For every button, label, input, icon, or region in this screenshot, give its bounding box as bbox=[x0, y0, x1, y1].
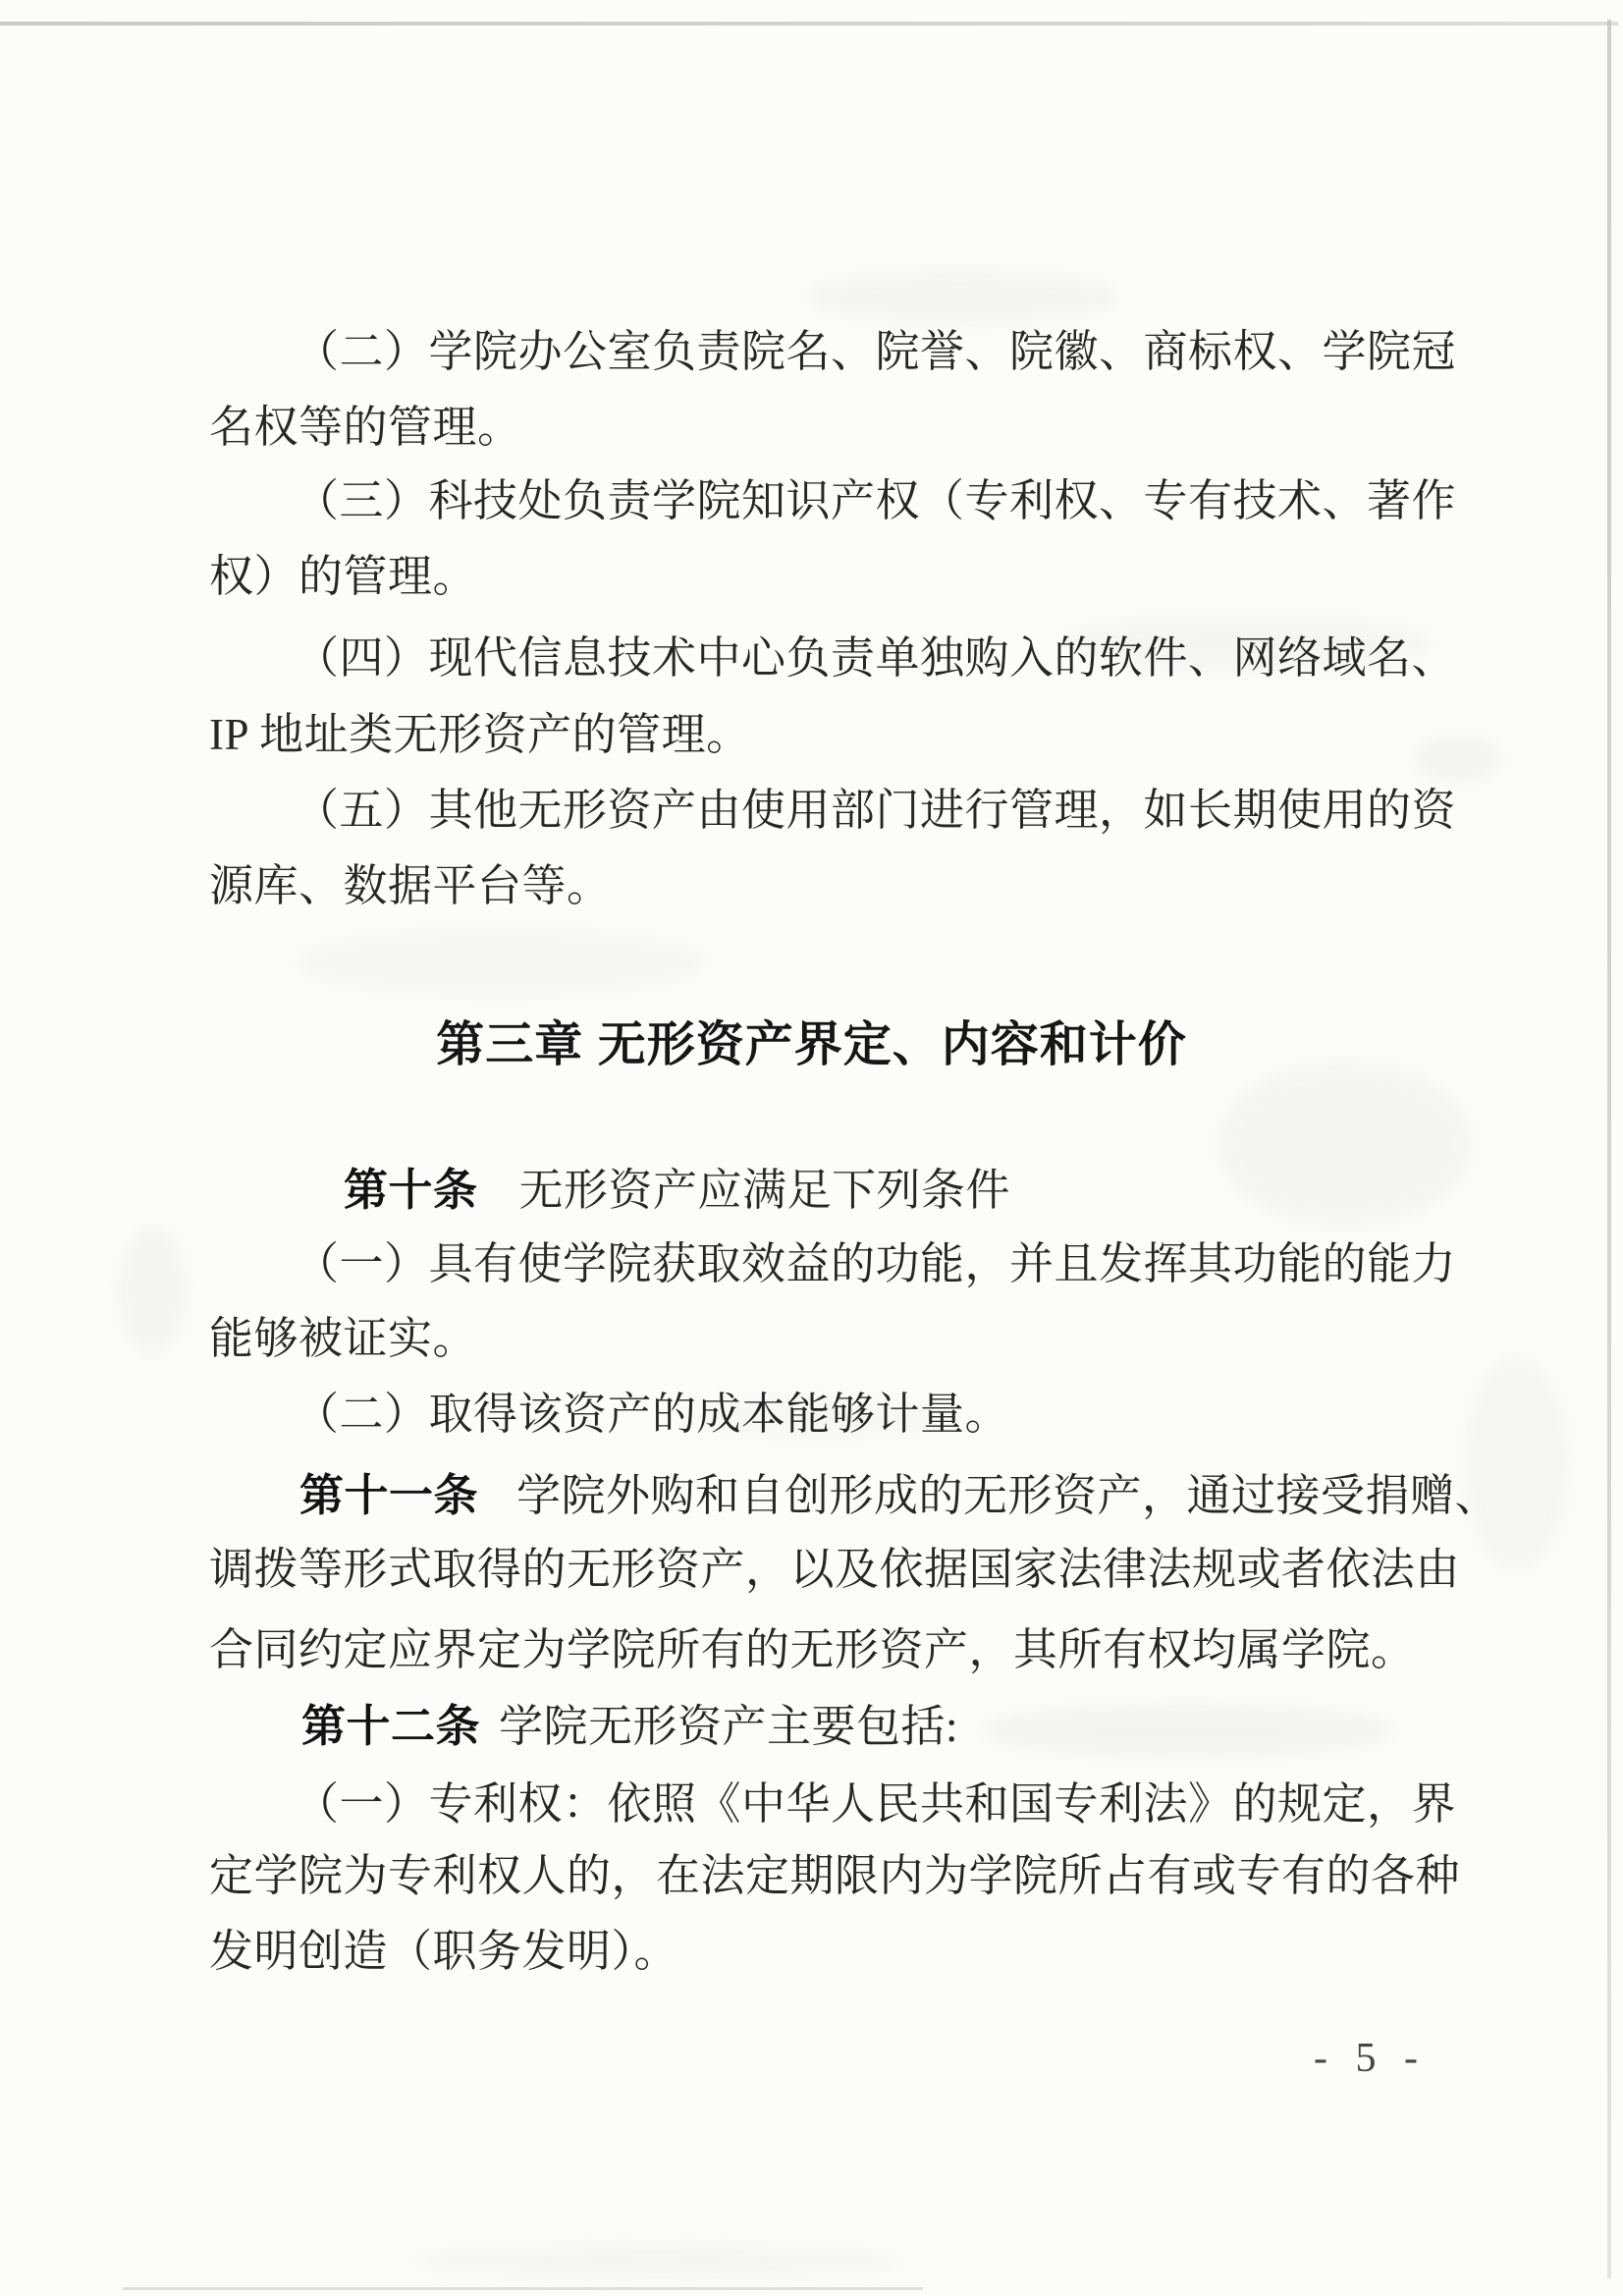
page-number: - 5 - bbox=[1314, 2035, 1427, 2082]
scanned-document-page: （二）学院办公室负责院名、院誉、院徽、商标权、学院冠 名权等的管理。 （三）科技… bbox=[0, 0, 1623, 2296]
scan-top-edge-line bbox=[0, 22, 1618, 26]
text-line: 名权等的管理。 bbox=[209, 402, 522, 453]
text-line: （一）专利权：依照《中华人民共和国专利法》的规定，界 bbox=[295, 1778, 1456, 1830]
scan-smudge bbox=[412, 2244, 903, 2278]
scan-smudge bbox=[118, 1228, 187, 1355]
text-line: （五）其他无形资产由使用部门进行管理，如长期使用的资 bbox=[295, 785, 1456, 836]
text-line: （四）现代信息技术中心负责单独购入的软件、网络域名、 bbox=[295, 632, 1456, 683]
text-line: （二）学院办公室负责院名、院誉、院徽、商标权、学院冠 bbox=[295, 326, 1456, 377]
article-text: 学院无形资产主要包括: bbox=[499, 1702, 958, 1751]
text-line: 发明创造（职务发明）。 bbox=[209, 1926, 678, 1977]
scan-smudge bbox=[295, 928, 707, 997]
article-text: 无形资产应满足下列条件 bbox=[519, 1166, 1011, 1215]
scan-smudge bbox=[982, 1704, 1394, 1758]
text-line: 合同约定应界定为学院所有的无形资产，其所有权均属学院。 bbox=[209, 1624, 1416, 1675]
text-line: 第十条无形资产应满足下列条件 bbox=[344, 1165, 1010, 1216]
scan-smudge bbox=[1217, 1061, 1473, 1228]
text-line: 源库、数据平台等。 bbox=[209, 860, 612, 911]
text-line: 权）的管理。 bbox=[209, 551, 477, 602]
article-number: 第十条 bbox=[344, 1165, 478, 1215]
article-number: 第十二条 bbox=[301, 1701, 480, 1751]
scan-bottom-edge-line bbox=[123, 2287, 923, 2290]
article-text: 学院外购和自创形成的无形资产，通过接受捐赠、 bbox=[516, 1471, 1499, 1520]
text-line: （一）具有使学院获取效益的功能，并且发挥其功能的能力 bbox=[295, 1238, 1456, 1289]
text-line: （二）取得该资产的成本能够计量。 bbox=[295, 1389, 1009, 1440]
scan-smudge bbox=[1463, 1355, 1571, 1571]
text-line: 第十一条学院外购和自创形成的无形资产，通过接受捐赠、 bbox=[299, 1470, 1499, 1521]
text-line: （三）科技处负责学院知识产权（专利权、专有技术、著作 bbox=[295, 475, 1456, 526]
text-line: 能够被证实。 bbox=[209, 1313, 477, 1364]
text-line: 第十二条学院无形资产主要包括: bbox=[301, 1701, 958, 1752]
scan-smudge bbox=[1414, 737, 1502, 781]
scan-right-edge-line bbox=[1607, 20, 1611, 2278]
scan-smudge bbox=[805, 270, 1119, 324]
text-line: IP 地址类无形资产的管理。 bbox=[209, 709, 751, 760]
article-number: 第十一条 bbox=[299, 1470, 478, 1520]
chapter-heading: 第三章 无形资产界定、内容和计价 bbox=[0, 1007, 1623, 1075]
text-line: 定学院为专利权人的，在法定期限内为学院所占有或专有的各种 bbox=[209, 1850, 1460, 1901]
text-line: 调拨等形式取得的无形资产，以及依据国家法律法规或者依法由 bbox=[209, 1544, 1460, 1595]
